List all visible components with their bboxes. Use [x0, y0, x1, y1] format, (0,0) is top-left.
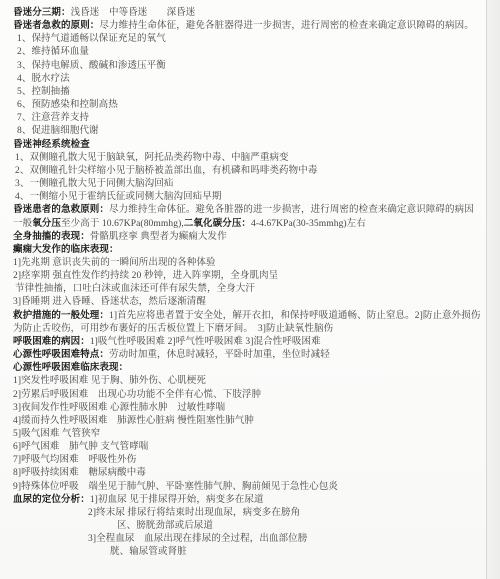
body-text: 1]吸气性呼吸困难 2]呼气性呼吸困难 3]混合性呼吸困难: [90, 337, 321, 347]
document-lines: 昏迷分三期：浅昏迷 中等昏迷 深昏迷昏迷者急救的原则：尽力维持生命体征，避免各脏…: [13, 7, 485, 560]
text-line: 2]终末尿 排尿行将结束时出现血尿，病变多在膀角: [13, 507, 485, 520]
body-text: 3、保持电解质、酸碱和渗透压平衡: [17, 61, 166, 71]
body-text: 3]昏睡期 进入昏睡、昏迷状态，然后逐渐清醒: [13, 297, 206, 307]
heading-text: 全身抽搐的表现：: [13, 232, 90, 242]
text-line: 为防止舌咬伤，可用纱布裹好的压舌板位置上下磨牙间。 3]防止缺氧性脑伤: [13, 323, 485, 336]
heading-text: 心源性呼吸困难特点：: [13, 350, 109, 360]
body-text: 4]缓而持久性呼吸困难 肺源性心脏病 慢性阻塞性肺气肿: [13, 416, 254, 426]
body-text: 1、双侧瞳孔散大见于脑缺氧，阿托品类药物中毒、中脑严重病变: [15, 153, 289, 163]
heading-text: 昏迷分三期：: [13, 8, 71, 18]
text-line: 7、注意营养支持: [13, 112, 485, 125]
body-text: 骨骼肌痉挛 典型者为癫痫大发作: [90, 232, 227, 242]
body-text: 8、促进脑细胞代谢: [17, 126, 99, 136]
page-outer-margin: [487, 0, 500, 579]
body-text: 3]全程血尿 血尿出现在排尿的全过程，出血部位膀: [88, 534, 307, 544]
body-text: 4-4.67KPa(30-35mmhg)左右: [251, 219, 366, 229]
heading-text: 呼吸困难的病因：: [13, 337, 90, 347]
text-line: 1、保持气道通畅以保证充足的氧气: [13, 33, 485, 46]
text-line: 5]吸气困难 气管狭窄: [13, 428, 485, 441]
body-text: 一般: [13, 219, 32, 229]
body-text: 尽力维持生命体征。避免各脏器的进一步损害，进行周密的检查来确定意识障碍的病因: [109, 205, 474, 215]
body-text: 9]特殊体位呼吸 端坐见于肺气肿、平卧塞性肺气肿、胸前倾见于急性心包炎: [13, 482, 338, 492]
text-line: 4]缓而持久性呼吸困难 肺源性心脏病 慢性阻塞性肺气肿: [13, 415, 485, 428]
text-line: 1]突发性呼吸困难 见于胸、肺外伤、心肌梗死: [13, 375, 485, 388]
body-text: 8]呼吸持续困难 糖尿病酸中毒: [13, 468, 146, 478]
text-line: 昏迷神经系统检查: [13, 139, 485, 152]
body-text: 2、双侧瞳孔针尖样缩小见于脑桥被盖部出血，有机磷和吗啡类药物中毒: [15, 166, 317, 176]
heading-text: 救护措施的一般处理：: [13, 311, 109, 321]
body-text: 1]初血尿 见于排尿得开始，病变多在尿道: [90, 495, 264, 505]
text-line: 救护措施的一般处理：1]首先应将患者置于安全处，解开衣扣，和保持呼吸道通畅、防止…: [13, 310, 485, 323]
heading-text: 昏迷患者的急救原则：: [13, 205, 109, 215]
text-line: 9]特殊体位呼吸 端坐见于肺气肿、平卧塞性肺气肿、胸前倾见于急性心包炎: [13, 481, 485, 494]
body-text: 劳动时加重，休息时减轻，平卧时加重，坐位时减轻: [109, 350, 330, 360]
body-text: 7、注意营养支持: [17, 113, 89, 123]
body-text: 尽力维持生命体征，避免各脏器得进一步损害，进行周密的检查来确定意识障碍的病因。: [99, 21, 473, 31]
body-text: 1]首先应将患者置于安全处，解开衣扣，和保持呼吸道通畅、防止窒息。2]防止意外损…: [109, 311, 480, 321]
body-text: 区、膀胱劲部或后尿道: [117, 521, 213, 531]
text-line: 节律性抽搐，口吐白沫或血沫还可伴有尿失禁，全身大汗: [13, 283, 485, 296]
text-line: 3]昏睡期 进入昏睡、昏迷状态，然后逐渐清醒: [13, 296, 485, 309]
text-line: 6]呼气困难 肺气肿 支气管哮喘: [13, 441, 485, 454]
body-text: 1]先兆期 意识丧失前的一瞬间所出现的各种体验: [13, 258, 216, 268]
text-line: 1、双侧瞳孔散大见于脑缺氧，阿托品类药物中毒、中脑严重病变: [13, 152, 485, 165]
body-text: 至少高于 10.67KPa(80mmhg),: [61, 219, 184, 229]
heading-text: 昏迷神经系统检查: [13, 140, 90, 150]
text-line: 区、膀胱劲部或后尿道: [13, 520, 485, 533]
body-text: 节律性抽搐，口吐白沫或血沫还可伴有尿失禁，全身大汗: [15, 284, 255, 294]
text-line: 2]劳累后呼吸困难 出现心功功能不全伴有心慌、下肢浮肿: [13, 389, 485, 402]
body-text: 5、控制抽搐: [17, 87, 70, 97]
body-text: 5]吸气困难 气管狭窄: [13, 429, 100, 439]
text-line: 2、双侧瞳孔针尖样缩小见于脑桥被盖部出血，有机磷和吗啡类药物中毒: [13, 165, 485, 178]
text-line: 1]先兆期 意识丧失前的一瞬间所出现的各种体验: [13, 257, 485, 270]
body-text: 1、保持气道通畅以保证充足的氧气: [17, 34, 166, 44]
body-text: 浅昏迷 中等昏迷 深昏迷: [71, 8, 196, 18]
text-line: 癫痫大发作的临床表现：: [13, 244, 485, 257]
body-text: 1]突发性呼吸困难 见于胸、肺外伤、心肌梗死: [13, 376, 206, 386]
body-text: 2、维持循环血量: [17, 47, 89, 57]
body-text: 为防止舌咬伤，可用纱布裹好的压舌板位置上下磨牙间。 3]防止缺氧性脑伤: [13, 324, 333, 334]
heading-text: 癫痫大发作的临床表现：: [13, 245, 119, 255]
text-line: 胱、输尿管或肾脏: [13, 546, 485, 559]
text-line: 3、保持电解质、酸碱和渗透压平衡: [13, 60, 485, 73]
body-text: 2]劳累后呼吸困难 出现心功功能不全伴有心慌、下肢浮肿: [13, 390, 261, 400]
text-line: 3]全程血尿 血尿出现在排尿的全过程，出血部位膀: [13, 533, 485, 546]
body-text: 3]夜间发作性呼吸困难 心源性肺水肿 过敏性哮喘: [13, 403, 225, 413]
heading-text: 氧分压: [32, 219, 61, 229]
text-line: 4、脱水疗法: [13, 73, 485, 86]
text-line: 呼吸困难的病因：1]吸气性呼吸困难 2]呼气性呼吸困难 3]混合性呼吸困难: [13, 336, 485, 349]
text-line: 7]呼吸气均困难 呼吸性外伤: [13, 454, 485, 467]
heading-text: 二氧化碳分压：: [184, 219, 251, 229]
text-line: 3、一侧瞳孔散大见于同侧大脑沟回疝: [13, 178, 485, 191]
text-line: 全身抽搐的表现：骨骼肌痉挛 典型者为癫痫大发作: [13, 231, 485, 244]
text-line: 2]痉挛期 强直性发作约持续 20 秒钟，进入阵挛期，全身肌肉呈: [13, 270, 485, 283]
text-line: 8]呼吸持续困难 糖尿病酸中毒: [13, 467, 485, 480]
text-line: 4、一侧缩小见于霍纳氏征或同侧大脑沟回疝早期: [13, 191, 485, 204]
body-text: 6]呼气困难 肺气肿 支气管哮喘: [13, 442, 148, 452]
body-text: 胱、输尿管或肾脏: [110, 547, 187, 557]
text-line: 血尿的定位分析：1]初血尿 见于排尿得开始，病变多在尿道: [13, 494, 485, 507]
text-line: 6、预防感染和控制高热: [13, 99, 485, 112]
body-text: 2]终末尿 排尿行将结束时出现血尿，病变多在膀角: [88, 508, 300, 518]
text-line: 5、控制抽搐: [13, 86, 485, 99]
text-line: 昏迷分三期：浅昏迷 中等昏迷 深昏迷: [13, 7, 485, 20]
body-text: 4、脱水疗法: [17, 74, 70, 84]
document-photo: 昏迷分三期：浅昏迷 中等昏迷 深昏迷昏迷者急救的原则：尽力维持生命体征，避免各脏…: [0, 0, 500, 579]
text-line: 2、维持循环血量: [13, 46, 485, 59]
text-line: 3]夜间发作性呼吸困难 心源性肺水肿 过敏性哮喘: [13, 402, 485, 415]
text-line: 一般氧分压至少高于 10.67KPa(80mmhg),二氧化碳分压：4-4.67…: [13, 218, 485, 231]
body-text: 6、预防感染和控制高热: [17, 100, 118, 110]
body-text: 7]呼吸气均困难 呼吸性外伤: [13, 455, 136, 465]
heading-text: 心源性呼吸困难临床表现：: [13, 363, 128, 373]
heading-text: 血尿的定位分析：: [13, 495, 90, 505]
heading-text: 昏迷者急救的原则：: [13, 21, 99, 31]
text-line: 8、促进脑细胞代谢: [13, 125, 485, 138]
text-line: 昏迷患者的急救原则：尽力维持生命体征。避免各脏器的进一步损害，进行周密的检查来确…: [13, 204, 485, 217]
text-line: 心源性呼吸困难临床表现：: [13, 362, 485, 375]
body-text: 4、一侧缩小见于霍纳氏征或同侧大脑沟回疝早期: [15, 192, 221, 202]
body-text: 2]痉挛期 强直性发作约持续 20 秒钟，进入阵挛期，全身肌肉呈: [13, 271, 278, 281]
text-line: 昏迷者急救的原则：尽力维持生命体征，避免各脏器得进一步损害，进行周密的检查来确定…: [13, 20, 485, 33]
text-line: 心源性呼吸困难特点：劳动时加重，休息时减轻，平卧时加重，坐位时减轻: [13, 349, 485, 362]
body-text: 3、一侧瞳孔散大见于同侧大脑沟回疝: [15, 179, 173, 189]
